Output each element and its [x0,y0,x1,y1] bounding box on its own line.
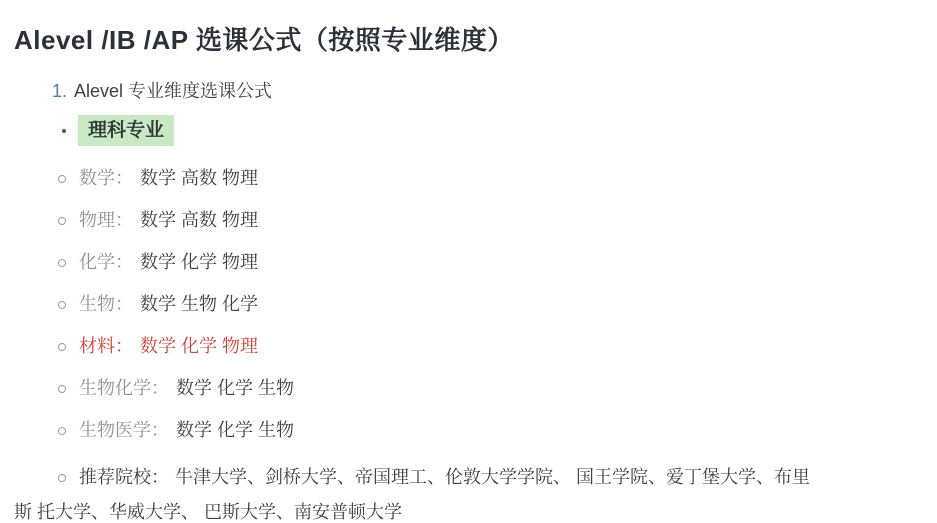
major-row-physics: 物理： 数学 高数 物理 [58,211,919,230]
major-row-math: 数学： 数学 高数 物理 [58,169,919,188]
hollow-bullet-icon [58,217,66,225]
section-header-row: 理科专业 [58,115,919,146]
dot-bullet-icon [62,129,66,133]
hollow-bullet-icon [58,259,66,267]
major-row-biology: 生物： 数学 生物 化学 [58,295,919,314]
major-subjects: 数学 化学 生物 [176,421,294,440]
hollow-bullet-icon [58,474,66,482]
page-title: Alevel /IB /AP 选课公式（按照专业维度） [14,0,919,56]
major-subjects: 数学 生物 化学 [140,295,258,314]
major-label: 化学： [79,253,133,272]
hollow-bullet-icon [58,385,66,393]
recommended-universities-row: 推荐院校：牛津大学、剑桥大学、帝国理工、伦敦大学学院、 国王学院、爱丁堡大学、布… [14,460,919,523]
document: Alevel /IB /AP 选课公式（按照专业维度） 1.Alevel 专业维… [0,0,937,523]
major-label: 生物化学： [79,379,169,398]
major-subjects: 数学 化学 生物 [176,379,294,398]
major-row-materials: 材料： 数学 化学 物理 [58,337,919,356]
major-label: 数学： [79,169,133,188]
major-label: 生物医学： [79,421,169,440]
numbered-list-item: 1.Alevel 专业维度选课公式 [52,82,919,101]
major-subjects: 数学 高数 物理 [140,169,258,188]
recommended-label: 推荐院校： [79,467,169,487]
major-label: 生物： [79,295,133,314]
hollow-bullet-icon [58,301,66,309]
recommended-universities-line2: 斯 托大学、华威大学、 巴斯大学、南安普顿大学 [14,502,402,522]
hollow-bullet-icon [58,427,66,435]
major-subjects: 数学 化学 物理 [140,337,258,356]
hollow-bullet-icon [58,175,66,183]
major-row-biomedicine: 生物医学： 数学 化学 生物 [58,421,919,440]
major-subjects: 数学 高数 物理 [140,211,258,230]
major-label: 材料： [79,337,133,356]
section-header-highlight: 理科专业 [78,115,174,146]
recommended-universities-line1: 牛津大学、剑桥大学、帝国理工、伦敦大学学院、 国王学院、爱丁堡大学、布里 [175,467,810,487]
list-number: 1. [52,81,67,101]
major-label: 物理： [79,211,133,230]
numbered-item-text: Alevel 专业维度选课公式 [74,81,272,101]
hollow-bullet-icon [58,343,66,351]
major-row-chemistry: 化学： 数学 化学 物理 [58,253,919,272]
major-subjects: 数学 化学 物理 [140,253,258,272]
major-row-biochemistry: 生物化学： 数学 化学 生物 [58,379,919,398]
